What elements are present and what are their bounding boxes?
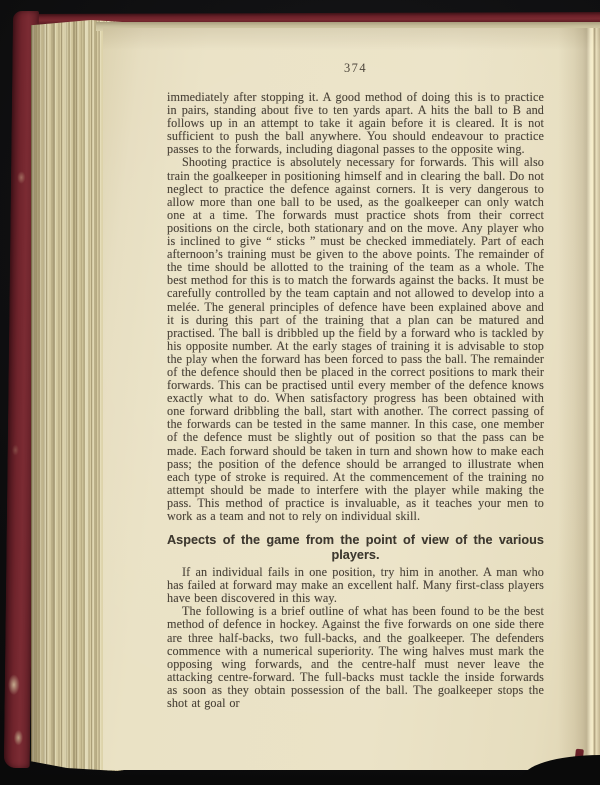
section-heading: Aspects of the game from the point of vi… <box>167 533 544 563</box>
section-heading-line-2: players. <box>167 548 544 563</box>
page-number: 374 <box>167 61 544 76</box>
book-photo: 374 immediately after stopping it. A goo… <box>0 0 600 785</box>
body-paragraph-1: immediately after stopping it. A good me… <box>167 91 544 156</box>
section-heading-line-1: Aspects of the game from the point of vi… <box>167 533 544 548</box>
body-paragraph-3: If an individual fails in one position, … <box>167 566 544 605</box>
open-book-page: 374 immediately after stopping it. A goo… <box>103 28 600 770</box>
body-paragraph-2: Shooting practice is absolutely necessar… <box>167 156 544 523</box>
photo-bottom-shadow <box>0 771 600 785</box>
page-gutter-shadow <box>558 28 600 770</box>
body-paragraph-4: The following is a brief outline of what… <box>167 605 544 710</box>
